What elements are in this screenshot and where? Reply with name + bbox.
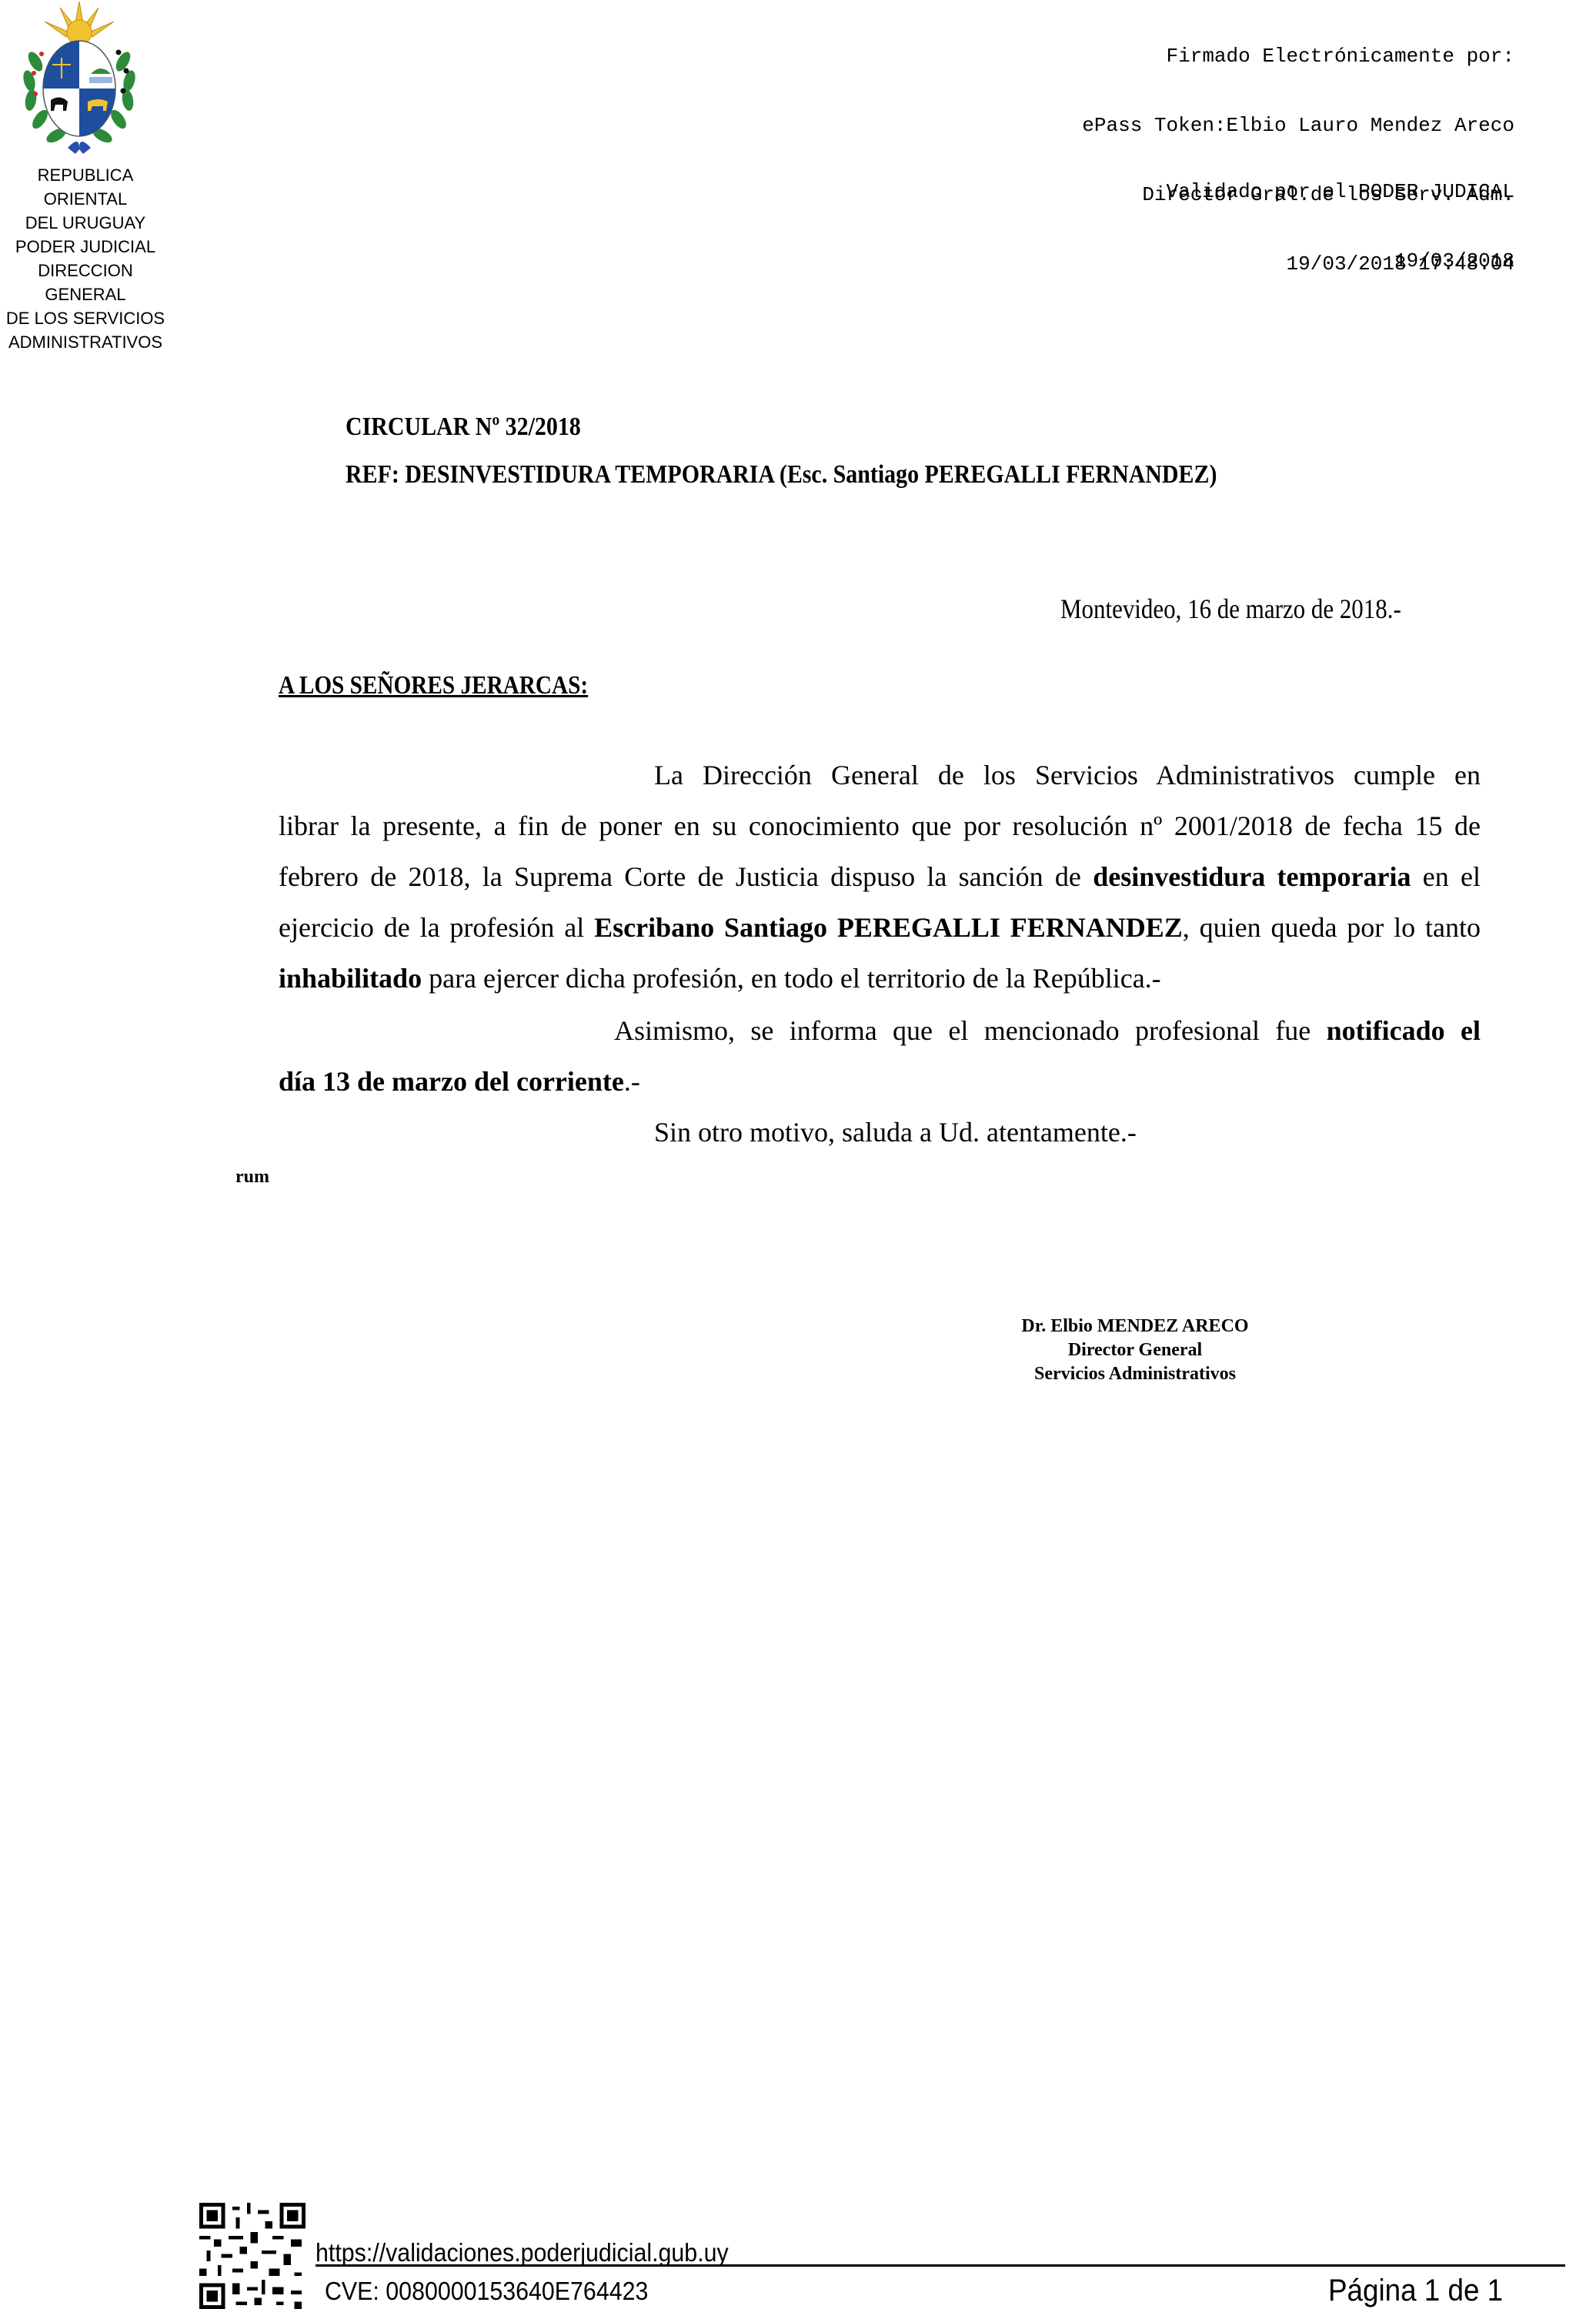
- dept-line: ADMINISTRATIVOS: [0, 330, 171, 354]
- paragraph-line: ejercicio de la profesión al Escribano S…: [279, 902, 1481, 953]
- uruguay-coat-of-arms-icon: [14, 0, 145, 162]
- text-run: , quien queda por lo tanto: [1183, 912, 1481, 943]
- circular-number: CIRCULAR Nº 32/2018: [346, 413, 581, 442]
- dept-line: DIRECCION GENERAL: [0, 259, 171, 306]
- reference-line: REF: DESINVESTIDURA TEMPORARIA (Esc. San…: [346, 460, 1217, 490]
- signer-block: Dr. Elbio MENDEZ ARECO Director General …: [962, 1315, 1308, 1386]
- paragraph-line: día 13 de marzo del corriente.-: [279, 1056, 1481, 1107]
- page-number: Página 1 de 1: [1328, 2274, 1503, 2308]
- paragraph-line: febrero de 2018, la Suprema Corte de Jus…: [279, 851, 1481, 902]
- paragraph-line: inhabilitado para ejercer dicha profesió…: [279, 953, 1481, 1004]
- org-line: PODER JUDICIAL: [0, 235, 171, 259]
- body-paragraph-1: La Dirección General de los Servicios Ad…: [279, 750, 1481, 1004]
- bold-inhabilitado: inhabilitado: [279, 963, 422, 994]
- text-run: febrero de 2018, la Suprema Corte de Jus…: [279, 861, 1093, 892]
- text-run: .-: [624, 1066, 640, 1097]
- footer-divider: [316, 2264, 1565, 2267]
- typist-initials: rum: [235, 1167, 269, 1188]
- paragraph-line: Asimismo, se informa que el mencionado p…: [279, 1005, 1481, 1056]
- text-run: ejercicio de la profesión al: [279, 912, 594, 943]
- organization-name: REPUBLICA ORIENTAL DEL URUGUAY PODER JUD…: [0, 163, 171, 259]
- org-line: REPUBLICA ORIENTAL: [0, 163, 171, 211]
- validation-block: Validado por el PODER JUDICAL 19/03/2018: [1167, 134, 1514, 296]
- body-paragraph-2: Asimismo, se informa que el mencionado p…: [279, 1005, 1481, 1107]
- department-name: DIRECCION GENERAL DE LOS SERVICIOS ADMIN…: [0, 259, 171, 354]
- text-run: en el: [1411, 861, 1481, 892]
- text-run: Asimismo, se informa que el mencionado p…: [614, 1015, 1327, 1046]
- paragraph-line: librar la presente, a fin de poner en su…: [279, 800, 1481, 851]
- bold-notified: notificado el: [1327, 1015, 1481, 1046]
- validation-url-link[interactable]: https://validaciones.poderjudicial.gub.u…: [316, 2238, 729, 2267]
- signature-line: Firmado Electrónicamente por:: [1082, 45, 1514, 68]
- cve-code: CVE: 0080000153640E764423: [325, 2277, 648, 2306]
- qr-code-icon: [195, 2203, 309, 2309]
- closing-paragraph: Sin otro motivo, saluda a Ud. atentament…: [279, 1107, 1481, 1158]
- bold-sanction: desinvestidura temporaria: [1093, 861, 1411, 892]
- bold-notary-name: Escribano Santiago PEREGALLI FERNANDEZ: [594, 912, 1183, 943]
- validation-line: Validado por el PODER JUDICAL: [1167, 180, 1514, 203]
- paragraph-line: La Dirección General de los Servicios Ad…: [279, 750, 1481, 800]
- salutation: A LOS SEÑORES JERARCAS:: [279, 671, 588, 700]
- signer-title: Director General: [962, 1338, 1308, 1362]
- validation-date: 19/03/2018: [1167, 249, 1514, 272]
- org-line: DEL URUGUAY: [0, 211, 171, 235]
- closing-line: Sin otro motivo, saluda a Ud. atentament…: [279, 1107, 1481, 1158]
- place-and-date: Montevideo, 16 de marzo de 2018.-: [1060, 593, 1401, 625]
- signer-name: Dr. Elbio MENDEZ ARECO: [962, 1315, 1308, 1338]
- text-run: para ejercer dicha profesión, en todo el…: [422, 963, 1161, 994]
- dept-line: DE LOS SERVICIOS: [0, 306, 171, 330]
- signer-office: Servicios Administrativos: [962, 1362, 1308, 1386]
- bold-notification-date: día 13 de marzo del corriente: [279, 1066, 624, 1097]
